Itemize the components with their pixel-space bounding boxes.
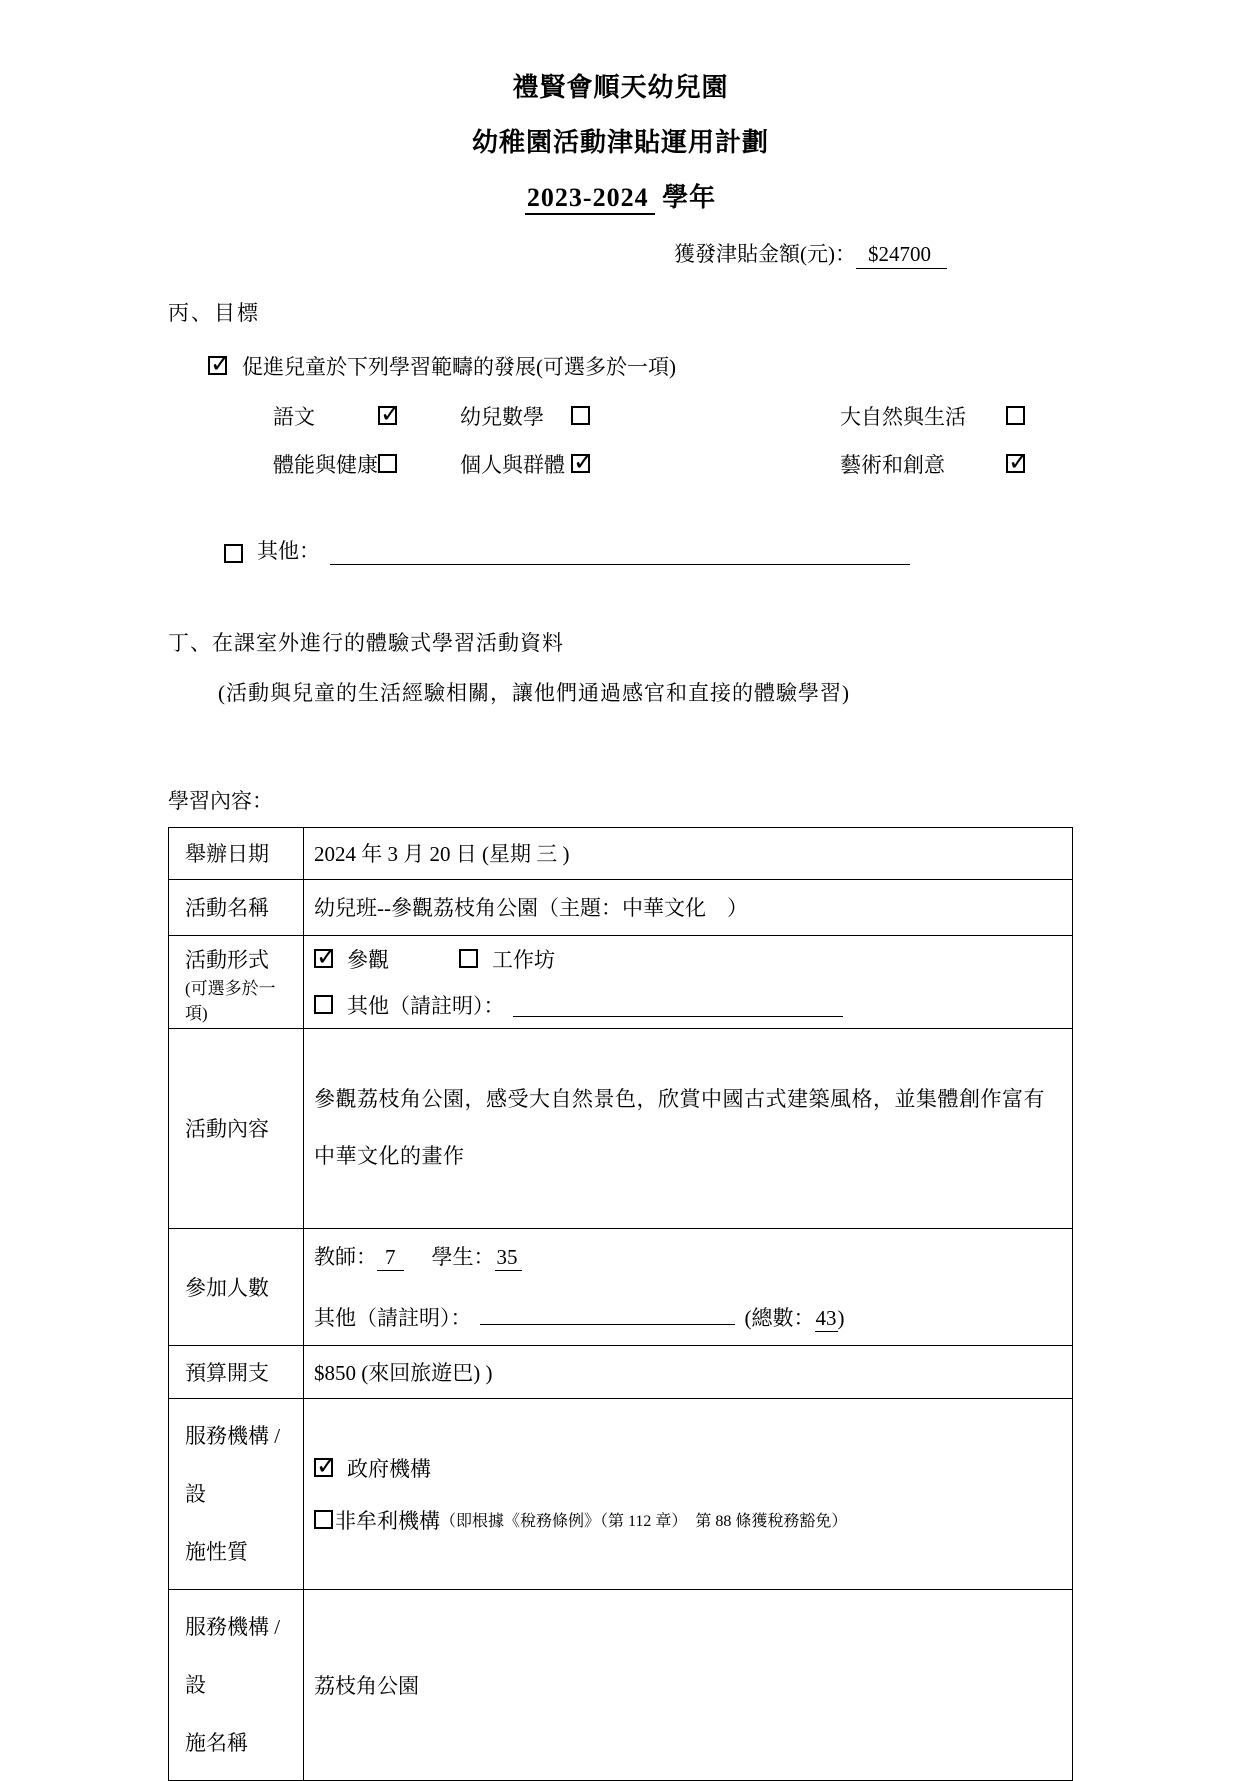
- category-grid: 語文 幼兒數學 大自然與生活 體能與健康 個人與群體 藝術和創意: [168, 401, 1073, 479]
- category-label: 大自然與生活: [840, 401, 966, 431]
- category-label: 體能與健康: [273, 449, 378, 479]
- format-value-cell: 參觀 工作坊 其他（請註明）：: [304, 935, 1073, 1028]
- section-d-heading: 丁、在課室外進行的體驗式學習活動資料: [168, 627, 1073, 657]
- student-label: 學生：: [432, 1245, 495, 1269]
- government-checkbox[interactable]: [314, 1458, 333, 1477]
- activity-name-label: 活動名稱: [169, 879, 304, 935]
- format-label-note: (可選多於一項): [185, 974, 297, 1024]
- plan-title: 幼稚園活動津貼運用計劃: [168, 127, 1073, 158]
- format-line-1: 參觀 工作坊: [314, 944, 1062, 974]
- category-label: 幼兒數學: [460, 401, 544, 431]
- nonprofit-note: （即根據《稅務條例》（第 112 章） 第 88 條獲稅務豁免）: [440, 1508, 847, 1531]
- category-row: 語文 幼兒數學 大自然與生活: [273, 401, 1073, 431]
- nature-checkbox[interactable]: [1006, 406, 1025, 425]
- category-physical: 體能與健康: [273, 449, 397, 479]
- visit-checkbox[interactable]: [314, 949, 333, 968]
- participants-other-label: 其他（請註明）：: [314, 1306, 472, 1330]
- category-math: 幼兒數學: [460, 401, 590, 431]
- goal-checkbox[interactable]: [208, 356, 227, 375]
- org-name-label-line2: 施名稱: [185, 1731, 248, 1755]
- school-year: 2023-2024: [525, 183, 655, 215]
- budget-label: 預算開支: [169, 1345, 304, 1398]
- grant-line: 獲發津貼金額(元)：$24700: [168, 238, 1073, 269]
- table-row-participants: 參加人數 教師：7學生：35 其他（請註明）：(總數：43): [169, 1228, 1073, 1345]
- goal-line: 促進兒童於下列學習範疇的發展(可選多於一項): [168, 351, 1073, 381]
- category-language: 語文: [273, 401, 397, 431]
- table-row-activity-name: 活動名稱 幼兒班--參觀荔枝角公園（主題：中華文化 ）: [169, 879, 1073, 935]
- section-c-heading: 丙、目標: [168, 297, 1073, 327]
- school-year-suffix: 學年: [662, 183, 716, 212]
- goal-other-line: 其他：: [168, 535, 1073, 565]
- category-row: 體能與健康 個人與群體 藝術和創意: [273, 449, 1073, 479]
- teacher-count-field[interactable]: 7: [377, 1245, 404, 1271]
- format-other-checkbox[interactable]: [314, 995, 333, 1014]
- physical-checkbox[interactable]: [378, 454, 397, 473]
- org-nature-line-2: 非牟利機構 （即根據《稅務條例》（第 112 章） 第 88 條獲稅務豁免）: [314, 1505, 1062, 1535]
- table-row-budget: 預算開支 $850 (來回旅遊巴) ): [169, 1345, 1073, 1398]
- school-name: 禮賢會順天幼兒園: [168, 72, 1073, 103]
- workshop-checkbox[interactable]: [459, 949, 478, 968]
- org-nature-value-cell: 政府機構 非牟利機構 （即根據《稅務條例》（第 112 章） 第 88 條獲稅務…: [304, 1398, 1073, 1589]
- title-block: 禮賢會順天幼兒園 幼稚園活動津貼運用計劃 2023-2024 學年: [168, 72, 1073, 214]
- government-label: 政府機構: [347, 1453, 431, 1483]
- format-other-blank-field[interactable]: [513, 993, 843, 1017]
- table-row-org-nature: 服務機構 / 設 施性質 政府機構 非牟利機構 （即根據《稅務條例》（第 112…: [169, 1398, 1073, 1589]
- participants-value-cell: 教師：7學生：35 其他（請註明）：(總數：43): [304, 1228, 1073, 1345]
- math-checkbox[interactable]: [571, 406, 590, 425]
- grant-label: 獲發津貼金額(元)：: [674, 242, 856, 266]
- learning-content-label: 學習內容：: [168, 785, 1073, 815]
- nonprofit-checkbox[interactable]: [314, 1510, 333, 1529]
- category-label: 個人與群體: [460, 449, 565, 479]
- activity-table: 舉辦日期 2024 年 3 月 20 日 (星期 三 ) 活動名稱 幼兒班--參…: [168, 827, 1073, 1781]
- goal-label: 促進兒童於下列學習範疇的發展(可選多於一項): [242, 351, 676, 381]
- goal-other-blank-field[interactable]: [330, 541, 910, 565]
- org-nature-label-cell: 服務機構 / 設 施性質: [169, 1398, 304, 1589]
- org-name-label-line1: 服務機構 / 設: [185, 1615, 280, 1697]
- total-close-paren: ): [838, 1306, 845, 1330]
- section-d-note: (活動與兒童的生活經驗相關，讓他們通過感官和直接的體驗學習): [168, 677, 1073, 707]
- table-row-format: 活動形式 (可選多於一項) 參觀 工作坊 其他（請註明）：: [169, 935, 1073, 1028]
- total-count-field[interactable]: 43: [815, 1306, 838, 1332]
- format-other-label: 其他（請註明）：: [347, 990, 505, 1020]
- activity-name-value: 幼兒班--參觀荔枝角公園（主題：中華文化 ）: [304, 879, 1073, 935]
- participants-label: 參加人數: [169, 1228, 304, 1345]
- participants-line-1: 教師：7學生：35: [314, 1241, 1062, 1271]
- participants-other-blank-field[interactable]: [480, 1301, 735, 1325]
- org-nature-label-line1: 服務機構 / 設: [185, 1424, 280, 1506]
- personal-group-checkbox[interactable]: [571, 454, 590, 473]
- teacher-label: 教師：: [314, 1245, 377, 1269]
- participants-line-2: 其他（請註明）：(總數：43): [314, 1301, 1062, 1332]
- category-label: 藝術和創意: [840, 449, 945, 479]
- date-value: 2024 年 3 月 20 日 (星期 三 ): [304, 827, 1073, 879]
- category-arts: 藝術和創意: [840, 449, 1025, 479]
- school-year-line: 2023-2024 學年: [168, 182, 1073, 213]
- activity-content-label: 活動內容: [169, 1028, 304, 1228]
- grant-amount-field[interactable]: $24700: [856, 242, 947, 269]
- table-row-date: 舉辦日期 2024 年 3 月 20 日 (星期 三 ): [169, 827, 1073, 879]
- total-label: (總數：: [745, 1306, 815, 1330]
- workshop-label: 工作坊: [492, 944, 555, 974]
- visit-label: 參觀: [347, 944, 389, 974]
- form-page: 禮賢會順天幼兒園 幼稚園活動津貼運用計劃 2023-2024 學年 獲發津貼金額…: [0, 0, 1073, 1781]
- date-label: 舉辦日期: [169, 827, 304, 879]
- category-personal-group: 個人與群體: [460, 449, 590, 479]
- nonprofit-label: 非牟利機構: [335, 1505, 440, 1535]
- goal-other-checkbox[interactable]: [224, 544, 243, 563]
- format-label: 活動形式: [185, 944, 297, 974]
- goal-other-label: 其他：: [257, 535, 320, 565]
- budget-value: $850 (來回旅遊巴) ): [304, 1345, 1073, 1398]
- table-row-activity-content: 活動內容 參觀荔枝角公園，感受大自然景色，欣賞中國古式建築風格，並集體創作富有中…: [169, 1028, 1073, 1228]
- activity-content-value: 參觀荔枝角公園，感受大自然景色，欣賞中國古式建築風格，並集體創作富有中華文化的畫…: [314, 1071, 1062, 1185]
- org-name-label-cell: 服務機構 / 設 施名稱: [169, 1589, 304, 1780]
- org-nature-line-1: 政府機構: [314, 1453, 1062, 1483]
- student-count-field[interactable]: 35: [495, 1245, 522, 1271]
- category-label: 語文: [273, 401, 315, 431]
- format-line-2: 其他（請註明）：: [314, 990, 1062, 1020]
- arts-checkbox[interactable]: [1006, 454, 1025, 473]
- org-nature-label-line2: 施性質: [185, 1540, 248, 1564]
- format-label-cell: 活動形式 (可選多於一項): [169, 935, 304, 1028]
- org-name-value: 荔枝角公園: [304, 1589, 1073, 1780]
- category-nature: 大自然與生活: [840, 401, 1025, 431]
- table-row-org-name: 服務機構 / 設 施名稱 荔枝角公園: [169, 1589, 1073, 1780]
- language-checkbox[interactable]: [378, 406, 397, 425]
